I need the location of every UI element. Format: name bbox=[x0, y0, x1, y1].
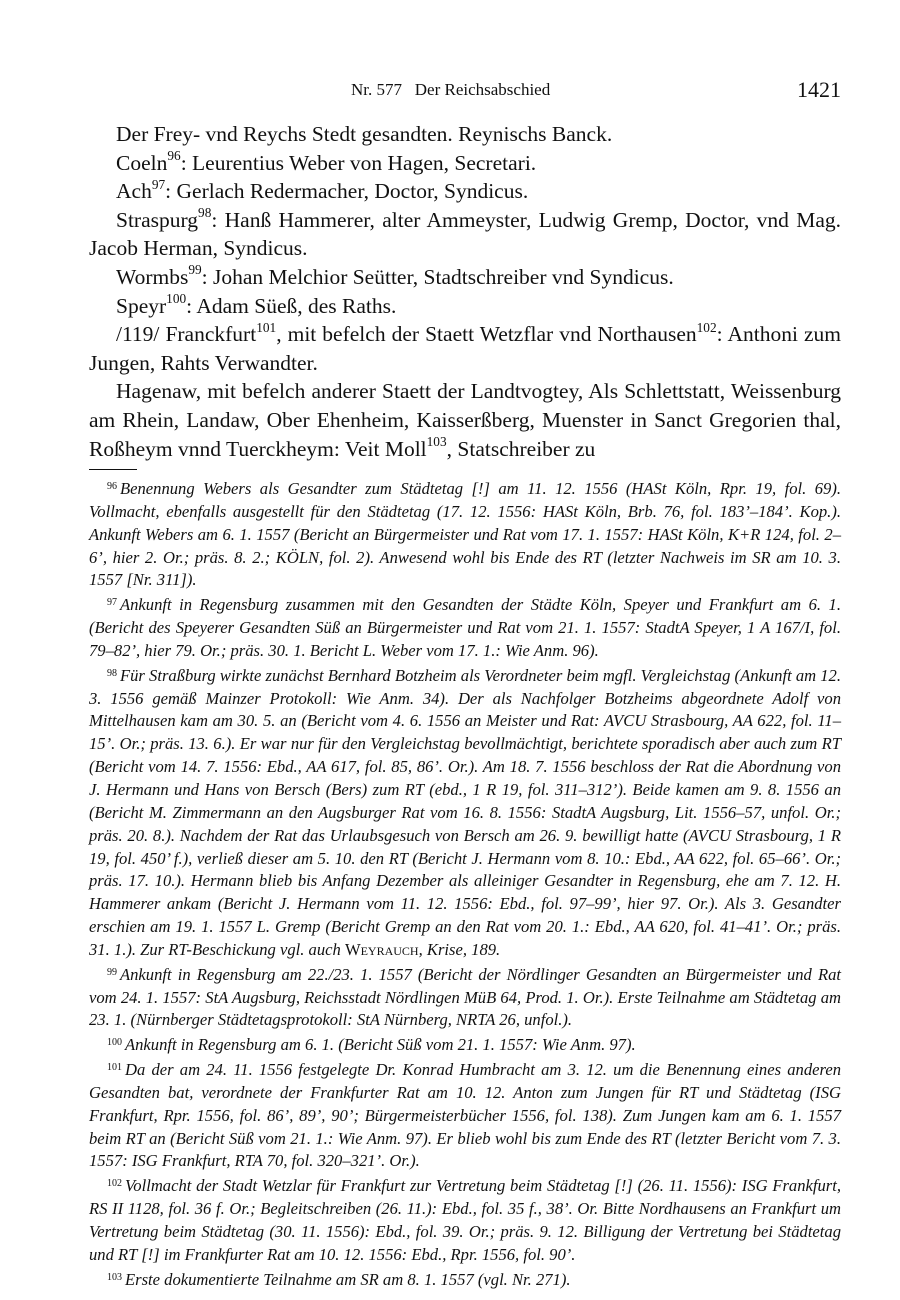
footnote-number: 99 bbox=[107, 967, 117, 978]
footnote-number: 102 bbox=[107, 1178, 122, 1189]
footnote: 103Erste dokumentierte Teilnahme am SR a… bbox=[89, 1267, 841, 1292]
footnote: 100Ankunft in Regensburg am 6. 1. (Beric… bbox=[89, 1032, 841, 1057]
footnote-ref[interactable]: 98 bbox=[198, 205, 211, 220]
footnote-number: 97 bbox=[107, 597, 117, 608]
footnote-ref[interactable]: 97 bbox=[152, 177, 165, 192]
footnote-ref[interactable]: 100 bbox=[166, 291, 186, 306]
paragraph: Der Frey- vnd Reychs Stedt gesandten. Re… bbox=[89, 120, 841, 149]
footnote-number: 101 bbox=[107, 1062, 122, 1073]
paragraph: Hagenaw, mit befelch anderer Staett der … bbox=[89, 377, 841, 463]
footnote-ref[interactable]: 99 bbox=[188, 262, 201, 277]
footnote: 98Für Straßburg wirkte zunächst Bernhard… bbox=[89, 663, 841, 962]
footnote-ref[interactable]: 101 bbox=[256, 320, 276, 335]
page-number: 1421 bbox=[797, 77, 841, 103]
footnote: 101Da der am 24. 11. 1556 festgelegte Dr… bbox=[89, 1057, 841, 1173]
running-header: Nr. 577 Der Reichsabschied 1421 bbox=[89, 80, 841, 106]
author-name: Weyrauch bbox=[345, 940, 419, 959]
footnote-number: 96 bbox=[107, 481, 117, 492]
footnote: 99Ankunft in Regensburg am 22./23. 1. 15… bbox=[89, 962, 841, 1033]
footnotes: 96Benennung Webers als Gesandter zum Stä… bbox=[89, 476, 841, 1292]
footnote: 97Ankunft in Regensburg zusammen mit den… bbox=[89, 592, 841, 663]
footnote-number: 98 bbox=[107, 668, 117, 679]
paragraph: Ach97: Gerlach Redermacher, Doctor, Synd… bbox=[89, 177, 841, 206]
footnote-ref[interactable]: 103 bbox=[427, 434, 447, 449]
paragraph: Straspurg98: Hanß Hammerer, alter Ammeys… bbox=[89, 206, 841, 263]
footnote-divider bbox=[89, 469, 137, 470]
main-text: Der Frey- vnd Reychs Stedt gesandten. Re… bbox=[89, 120, 841, 463]
footnote: 96Benennung Webers als Gesandter zum Stä… bbox=[89, 476, 841, 592]
paragraph: Wormbs99: Johan Melchior Seütter, Stadts… bbox=[89, 263, 841, 292]
footnote-number: 103 bbox=[107, 1272, 122, 1283]
header-title: Nr. 577 Der Reichsabschied bbox=[351, 80, 550, 100]
footnote: 102Vollmacht der Stadt Wetzlar für Frank… bbox=[89, 1173, 841, 1266]
footnote-number: 100 bbox=[107, 1037, 122, 1048]
footnote-ref[interactable]: 102 bbox=[697, 320, 717, 335]
footnote-ref[interactable]: 96 bbox=[167, 148, 180, 163]
paragraph: /119/ Franckfurt101, mit befelch der Sta… bbox=[89, 320, 841, 377]
paragraph: Speyr100: Adam Süeß, des Raths. bbox=[89, 292, 841, 321]
paragraph: Coeln96: Leurentius Weber von Hagen, Sec… bbox=[89, 149, 841, 178]
